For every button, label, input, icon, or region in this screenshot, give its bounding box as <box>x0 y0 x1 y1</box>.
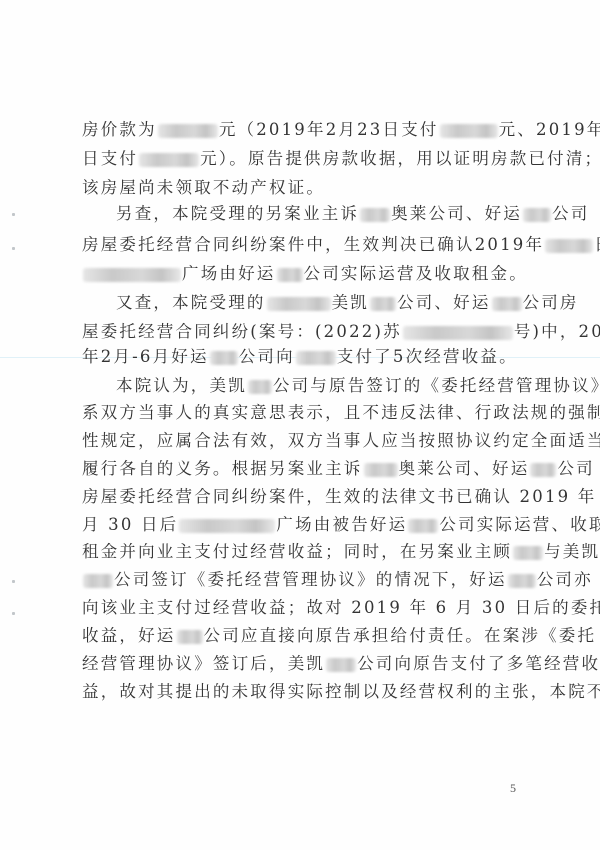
margin-mark <box>12 580 15 583</box>
text-segment: 经营管理协议》签订后，美凯 <box>82 654 325 673</box>
text-line: 经营管理协议》签订后，美凯公司向原告支付了多笔经营收 <box>82 652 518 676</box>
text-segment: 公司实际运营、收取 <box>439 515 600 534</box>
text-segment: 美凯 <box>332 293 369 312</box>
text-segment: 履行各自的义务。根据另案业主诉 <box>82 459 363 478</box>
text-segment: 广场由好运 <box>182 264 276 283</box>
text-line: 广场由好运公司实际运营及收取租金。 <box>82 262 518 286</box>
redaction-block <box>370 297 396 311</box>
text-segment: 公司签订《委托经营管理协议》的情况下，好运 <box>114 570 507 589</box>
text-line: 收益，好运公司应直接向原告承担给付责任。在案涉《委托 <box>82 624 518 648</box>
text-segment: 公司 <box>552 204 589 223</box>
text-line: 房屋委托经营合同纠纷案件中，生效判决已确认2019年日后 <box>82 233 518 257</box>
redaction-block <box>492 297 522 311</box>
redaction-block <box>403 326 513 340</box>
text-segment: 支付了5次经营收益。 <box>337 347 518 366</box>
text-line: 日支付元）。原告提供房款收据，用以证明房款已付清； <box>82 147 518 171</box>
text-segment: 公司实际运营及收取租金。 <box>304 264 528 283</box>
text-segment: 本院认为，美凯 <box>116 376 247 395</box>
text-segment: 元）。原告提供房款收据，用以证明房款已付清； <box>200 149 600 168</box>
redaction-block <box>248 380 272 394</box>
margin-mark <box>12 213 15 216</box>
text-segment: 广场由被告好运 <box>276 515 407 534</box>
text-segment: 房价款为 <box>82 120 157 139</box>
text-segment: 另查，本院受理的另案业主诉 <box>116 204 359 223</box>
redaction-block <box>83 574 113 588</box>
redaction-block <box>267 297 331 311</box>
text-segment: 奥莱公司、好运 <box>391 204 522 223</box>
text-segment: 该房屋尚未领取不动产权证。 <box>82 178 325 197</box>
redaction-block <box>179 519 275 533</box>
redaction-block <box>139 153 199 167</box>
redaction-block <box>530 463 556 477</box>
text-segment: 奥莱公司、好运 <box>399 459 530 478</box>
text-segment: 号)中，2022 <box>514 322 600 341</box>
document-page: 房价款为元（2019年2月23日支付元、2019年5月10日支付元）。原告提供房… <box>0 0 600 850</box>
text-segment: 收益，好运 <box>82 626 176 645</box>
text-segment: 又查，本院受理的 <box>116 293 266 312</box>
text-segment: 屋委托经营合同纠纷(案号：(2022)苏 <box>82 322 402 341</box>
redaction-block <box>545 239 593 253</box>
text-line: 益，故对其提出的未取得实际控制以及经营权利的主张，本院不 <box>82 680 518 704</box>
text-segment: 性规定，应属合法有效，双方当事人应当按照协议约定全面适当 <box>82 431 600 450</box>
text-segment: 房屋委托经营合同纠纷案件中，生效判决已确认2019年 <box>82 235 544 254</box>
text-line: 公司签订《委托经营管理协议》的情况下，好运公司亦 <box>82 568 518 592</box>
text-segment: 公司亦 <box>537 570 593 589</box>
redaction-block <box>440 124 498 138</box>
text-line: 性规定，应属合法有效，双方当事人应当按照协议约定全面适当 <box>82 429 518 453</box>
text-segment: 公司 <box>557 459 594 478</box>
text-line: 又查，本院受理的美凯公司、好运公司房 <box>116 291 518 315</box>
text-line: 向该业主支付过经营收益；故对 2019 年 6 月 30 日后的委托经营 <box>82 596 518 620</box>
text-segment: 公司房 <box>523 293 579 312</box>
text-line: 房屋委托经营合同纠纷案件，生效的法律文书已确认 2019 年 6 <box>82 485 518 509</box>
page-number: 5 <box>510 781 516 796</box>
text-segment: 公司向原告支付了多笔经营收 <box>357 654 600 673</box>
margin-mark <box>12 247 15 250</box>
redaction-block <box>158 124 218 138</box>
redaction-block <box>296 351 336 365</box>
text-segment: 日后 <box>594 235 600 254</box>
text-segment: 租金并向业主支付过经营收益；同时，在另案业主顾 <box>82 542 512 561</box>
redaction-block <box>408 519 438 533</box>
text-line: 房价款为元（2019年2月23日支付元、2019年5月10 <box>82 118 518 142</box>
text-segment: 系双方当事人的真实意思表示，且不违反法律、行政法规的强制 <box>82 403 600 422</box>
text-segment: 公司应直接向原告承担给付责任。在案涉《委托 <box>204 626 597 645</box>
redaction-block <box>326 658 356 672</box>
redaction-block <box>83 268 181 282</box>
text-line: 屋委托经营合同纠纷(案号：(2022)苏号)中，2022 <box>82 320 518 344</box>
text-segment: 元、2019年5月10 <box>499 120 600 139</box>
text-line: 该房屋尚未领取不动产权证。 <box>82 176 518 200</box>
text-line: 本院认为，美凯公司与原告签订的《委托经营管理协议》 <box>116 374 518 398</box>
text-segment: 日支付 <box>82 149 138 168</box>
margin-mark <box>12 612 15 615</box>
text-segment: 向该业主支付过经营收益；故对 2019 年 6 月 30 日后的委托经营 <box>82 598 600 617</box>
text-line: 系双方当事人的真实意思表示，且不违反法律、行政法规的强制 <box>82 401 518 425</box>
redaction-block <box>277 268 303 282</box>
redaction-block <box>523 208 551 222</box>
text-line: 月 30 日后广场由被告好运公司实际运营、收取 <box>82 513 518 537</box>
redaction-block <box>210 351 238 365</box>
redaction-block <box>508 574 536 588</box>
text-segment: 月 30 日后 <box>82 515 178 534</box>
text-segment: 公司、好运 <box>397 293 491 312</box>
redaction-block <box>513 546 543 560</box>
text-segment: 公司向 <box>239 347 295 366</box>
text-segment: 房屋委托经营合同纠纷案件，生效的法律文书已确认 2019 年 6 <box>82 487 600 506</box>
text-segment: 元（2019年2月23日支付 <box>219 120 439 139</box>
redaction-block <box>360 208 390 222</box>
text-line: 年2月-6月好运公司向支付了5次经营收益。 <box>82 345 518 369</box>
text-line: 另查，本院受理的另案业主诉奥莱公司、好运公司 <box>116 202 518 226</box>
text-segment: 年2月-6月好运 <box>82 347 209 366</box>
redaction-block <box>177 630 203 644</box>
text-segment: 公司与原告签订的《委托经营管理协议》 <box>273 376 600 395</box>
text-segment: 与美凯 <box>544 542 600 561</box>
redaction-block <box>364 463 398 477</box>
text-line: 租金并向业主支付过经营收益；同时，在另案业主顾与美凯 <box>82 540 518 564</box>
text-line: 履行各自的义务。根据另案业主诉奥莱公司、好运公司 <box>82 457 518 481</box>
text-segment: 益，故对其提出的未取得实际控制以及经营权利的主张，本院不 <box>82 682 600 701</box>
